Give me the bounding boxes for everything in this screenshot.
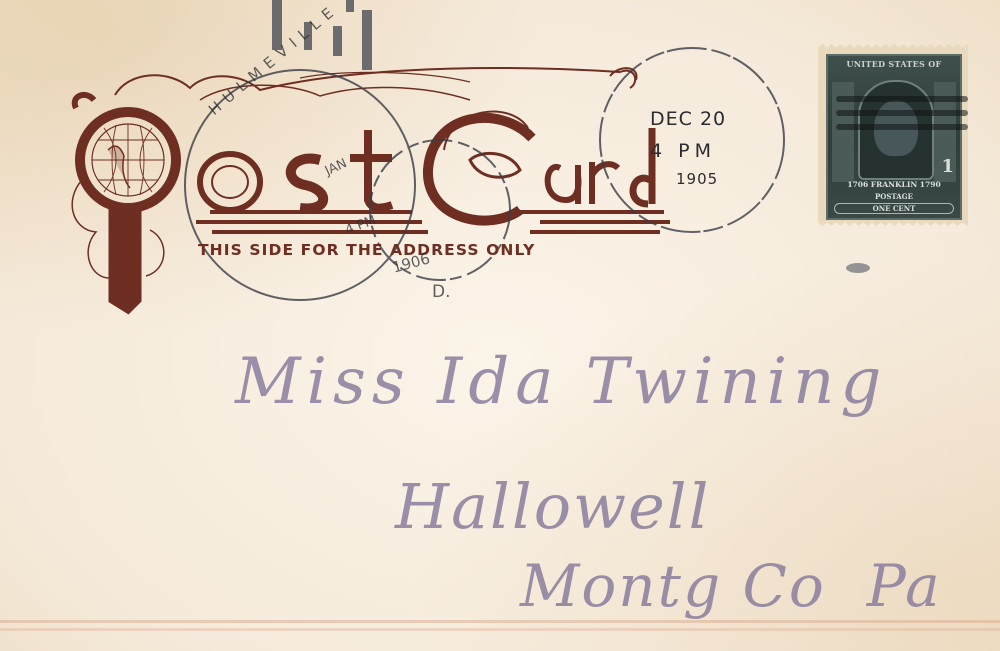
stamp-name-line: 1706 FRANKLIN 1790 xyxy=(832,180,956,189)
stamp-postage-line: POSTAGE xyxy=(832,192,956,201)
postmark-right-year: 1905 xyxy=(676,170,726,188)
stamp-cancellation xyxy=(836,96,968,156)
address-only-tagline: THIS SIDE FOR THE ADDRESS ONLY xyxy=(198,241,535,259)
postmark-right-date: DEC 20 xyxy=(650,108,726,130)
stamp-numeral: 1 xyxy=(941,156,954,177)
address-county-state: Montg Co Pa xyxy=(520,552,942,620)
postmark-left-state: D. xyxy=(432,282,451,302)
postmark-right-time: 4 PM xyxy=(650,140,726,162)
address-town: Hallowell xyxy=(395,470,710,543)
card-edge-line xyxy=(0,620,1000,623)
postmark-right: DEC 20 4 PM 1905 xyxy=(650,108,726,188)
postage-stamp: UNITED STATES OF 1 1706 FRANKLIN 1790 PO… xyxy=(818,44,968,226)
card-edge-line xyxy=(0,628,1000,631)
stamp-value-line: ONE CENT xyxy=(834,203,954,214)
stamp-design: UNITED STATES OF 1 1706 FRANKLIN 1790 PO… xyxy=(826,54,962,220)
address-recipient: Miss Ida Twining xyxy=(235,345,887,419)
stamp-country-text: UNITED STATES OF xyxy=(832,59,956,71)
